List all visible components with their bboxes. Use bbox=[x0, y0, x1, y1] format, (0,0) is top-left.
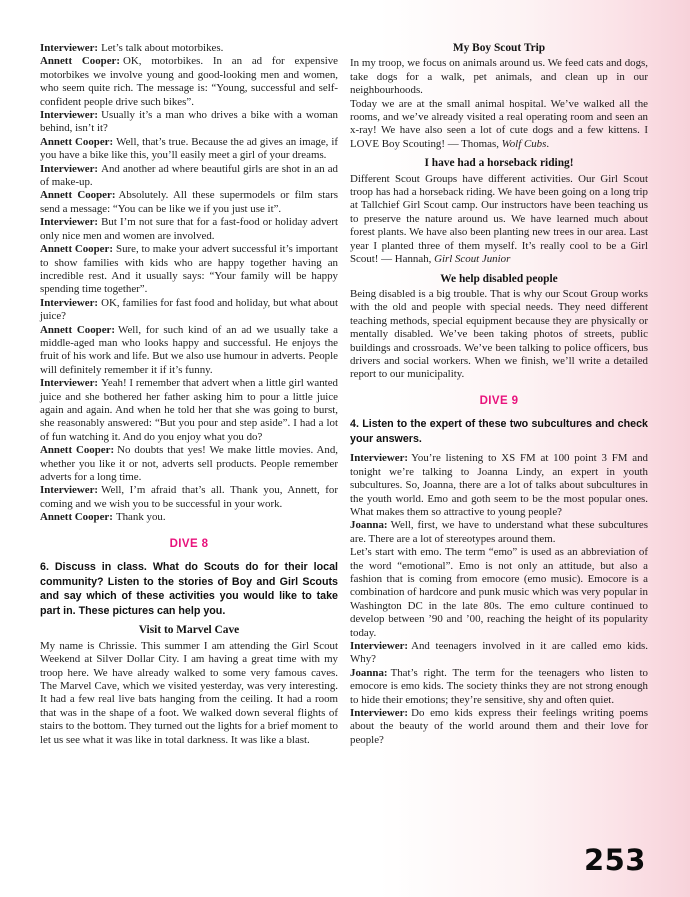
textbook-page: { "accent_color": "#e8127c", "page_numbe… bbox=[0, 0, 690, 897]
dialogue-turn: Interviewer:Well, I’m afraid that’s all.… bbox=[40, 484, 338, 511]
speaker-name: Joanna: bbox=[350, 667, 388, 679]
dialogue-turn: Interviewer:Usually it’s a man who drive… bbox=[40, 109, 338, 136]
dialogue-turn: Interviewer:But I’m not sure that for a … bbox=[40, 216, 338, 243]
paragraph-text: Different Scout Groups have different ac… bbox=[350, 173, 648, 265]
dialogue-turn: Interviewer:You’re listening to XS FM at… bbox=[350, 452, 648, 519]
speaker-name: Joanna: bbox=[350, 519, 388, 531]
dialogue-continuation: Let’s start with emo. The term “emo” is … bbox=[350, 546, 648, 640]
dive8-heading: DIVE 8 bbox=[40, 538, 338, 551]
speaker-name: Annett Cooper: bbox=[40, 511, 113, 523]
dialogue-turn: Annett Cooper:Sure, to make your advert … bbox=[40, 243, 338, 297]
exercise-6-task: 6. Discuss in class. What do Scouts do f… bbox=[40, 560, 338, 618]
dialogue-turn: Interviewer:And teenagers involved in it… bbox=[350, 640, 648, 667]
dialogue-turn: Annett Cooper:Thank you. bbox=[40, 511, 338, 524]
page-number: 253 bbox=[584, 843, 646, 877]
speaker-name: Annett Cooper: bbox=[40, 136, 113, 148]
turn-text: Thank you. bbox=[116, 511, 166, 523]
dialogue-turn: Joanna:Well, first, we have to understan… bbox=[350, 519, 648, 546]
dialogue-turn: Interviewer:And another ad where beautif… bbox=[40, 163, 338, 190]
speaker-name: Interviewer: bbox=[40, 484, 98, 496]
dialogue-turn: Interviewer:OK, families for fast food a… bbox=[40, 297, 338, 324]
speaker-name: Interviewer: bbox=[350, 640, 408, 652]
paragraph-text: Today we are at the small animal hospita… bbox=[350, 98, 648, 150]
turn-text: Let’s start with emo. The term “emo” is … bbox=[350, 546, 648, 638]
boy-scout-trip-paragraph: In my troop, we focus on animals around … bbox=[350, 57, 648, 97]
horseback-riding-title: I have had a horseback riding! bbox=[350, 157, 648, 170]
boy-scout-trip-paragraph: Today we are at the small animal hospita… bbox=[350, 98, 648, 152]
turn-text: That’s right. The term for the teenagers… bbox=[350, 667, 648, 706]
speaker-name: Annett Cooper: bbox=[40, 55, 120, 67]
dialogue-turn: Annett Cooper:Well, for such kind of an … bbox=[40, 324, 338, 378]
exercise-4-task: 4. Listen to the expert of these two sub… bbox=[350, 417, 648, 446]
speaker-name: Interviewer: bbox=[40, 42, 98, 54]
speaker-name: Annett Cooper: bbox=[40, 324, 115, 336]
dialogue-turn: Annett Cooper:OK, motorbikes. In an ad f… bbox=[40, 55, 338, 109]
disabled-people-title: We help disabled people bbox=[350, 273, 648, 286]
left-column: Interviewer:Let’s talk about motorbikes.… bbox=[40, 42, 338, 747]
speaker-name: Interviewer: bbox=[40, 163, 98, 175]
dialogue-turn: Joanna:That’s right. The term for the te… bbox=[350, 667, 648, 707]
dive9-heading: DIVE 9 bbox=[350, 395, 648, 408]
boy-scout-trip-title: My Boy Scout Trip bbox=[350, 42, 648, 55]
speaker-name: Interviewer: bbox=[40, 109, 98, 121]
two-column-layout: Interviewer:Let’s talk about motorbikes.… bbox=[40, 42, 648, 747]
speaker-name: Interviewer: bbox=[350, 452, 408, 464]
disabled-people-paragraph: Being disabled is a big trouble. That is… bbox=[350, 288, 648, 382]
right-column: My Boy Scout Trip In my troop, we focus … bbox=[350, 42, 648, 747]
speaker-name: Interviewer: bbox=[350, 707, 408, 719]
dialogue-turn: Annett Cooper:Well, that’s true. Because… bbox=[40, 136, 338, 163]
speaker-name: Interviewer: bbox=[40, 377, 98, 389]
dialogue-turn: Interviewer:Let’s talk about motorbikes. bbox=[40, 42, 338, 55]
dialogue-turn: Interviewer:Do emo kids express their fe… bbox=[350, 707, 648, 747]
speaker-name: Annett Cooper: bbox=[40, 243, 113, 255]
speaker-name: Interviewer: bbox=[40, 297, 98, 309]
turn-text: Well, first, we have to understand what … bbox=[350, 519, 648, 544]
dialogue-turn: Annett Cooper:No doubts that yes! We mak… bbox=[40, 444, 338, 484]
speaker-name: Annett Cooper: bbox=[40, 444, 114, 456]
marvel-cave-title: Visit to Marvel Cave bbox=[40, 624, 338, 637]
turn-text: Let’s talk about motorbikes. bbox=[101, 42, 223, 54]
horseback-riding-paragraph: Different Scout Groups have different ac… bbox=[350, 173, 648, 267]
paragraph-text-after: . bbox=[546, 138, 549, 150]
marvel-cave-text: My name is Chrissie. This summer I am at… bbox=[40, 640, 338, 747]
speaker-name: Annett Cooper: bbox=[40, 189, 115, 201]
dialogue-turn: Annett Cooper:Absolutely. All these supe… bbox=[40, 189, 338, 216]
signature-italic: Wolf Cubs bbox=[502, 138, 547, 150]
dialogue-turn: Interviewer:Yeah! I remember that advert… bbox=[40, 377, 338, 444]
speaker-name: Interviewer: bbox=[40, 216, 98, 228]
signature-italic: Girl Scout Junior bbox=[434, 253, 510, 265]
